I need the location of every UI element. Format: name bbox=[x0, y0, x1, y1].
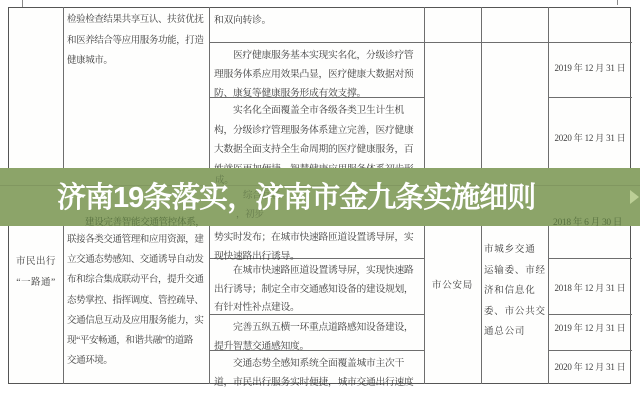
travel-lead-unit-cell: 市公安局 bbox=[424, 276, 481, 297]
travel-measure-2018-cell: 在城市快速路匝道设置诱导屏，实现快速路 出行诱导；制定全市交通感知设备的建设规划… bbox=[214, 262, 422, 318]
headline-banner: 成。 综合互联 ，初步 建设完善智能交通管控体系， 2018 年 6 月 30 … bbox=[0, 168, 640, 226]
grid-notch-right bbox=[617, 0, 618, 5]
grid-line bbox=[548, 314, 632, 315]
travel-description-cell: 联接各类交通管理和应用资源，建 立交通态势感知、交通诱导自动发 布和综合集成联动… bbox=[67, 230, 207, 371]
grid-line bbox=[548, 258, 632, 259]
travel-measure-2019-cell: 完善五纵五横一环重点道路感知设备建设， 提升智慧交通感知度。 bbox=[214, 318, 422, 356]
travel-deadline-2018-cell: 2018 年 12 月 31 日 bbox=[548, 282, 632, 294]
health-deadline-2020-cell: 2020 年 12 月 31 日 bbox=[548, 132, 632, 144]
grid-line bbox=[209, 42, 632, 43]
health-measure-prev-tail-cell: 和双向转诊。 bbox=[214, 11, 422, 30]
travel-measure-tail-cell: 势实时发布；在城市快速路匝道设置诱导屏，实 现快速路出行诱导。 bbox=[214, 228, 422, 266]
travel-deadline-2019-cell: 2019 年 12 月 31 日 bbox=[548, 322, 632, 334]
banner-arrow-icon bbox=[630, 190, 639, 204]
banner-title: 济南19条落实，济南市金九条实施细则 bbox=[57, 168, 535, 226]
travel-measure-2020-cell: 交通态势全感知系统全面覆盖城市主次干 道，市民出行服务实时便捷，城市交通出行速度 bbox=[214, 354, 422, 392]
grid-line bbox=[548, 97, 632, 98]
grid-line bbox=[548, 350, 632, 351]
travel-deadline-2020-cell: 2020 年 12 月 31 日 bbox=[548, 361, 632, 373]
show-through-deadline: 2018 年 6 月 30 日 bbox=[553, 214, 622, 228]
health-deadline-2019-cell: 2019 年 12 月 31 日 bbox=[548, 62, 632, 74]
grid-notch-left bbox=[22, 0, 23, 7]
travel-row-label: 市民出行 “一路通” bbox=[9, 252, 63, 294]
document-page: 检验检查结果共享互认、扶贫优抚 和医养结合等应用服务功能，打造 健康城市。 和双… bbox=[0, 0, 640, 400]
health-description-cell: 检验检查结果共享互认、扶贫优抚 和医养结合等应用服务功能，打造 健康城市。 bbox=[67, 10, 207, 72]
health-measure-2019-cell: 医疗健康服务基本实现实名化，分级诊疗管 理服务体系应用效果凸显，医疗健康大数据对… bbox=[214, 46, 422, 103]
travel-partner-units-cell: 市城乡交通 运输委、市经 济和信息化 委、市公共交 通总公司 bbox=[484, 240, 547, 343]
